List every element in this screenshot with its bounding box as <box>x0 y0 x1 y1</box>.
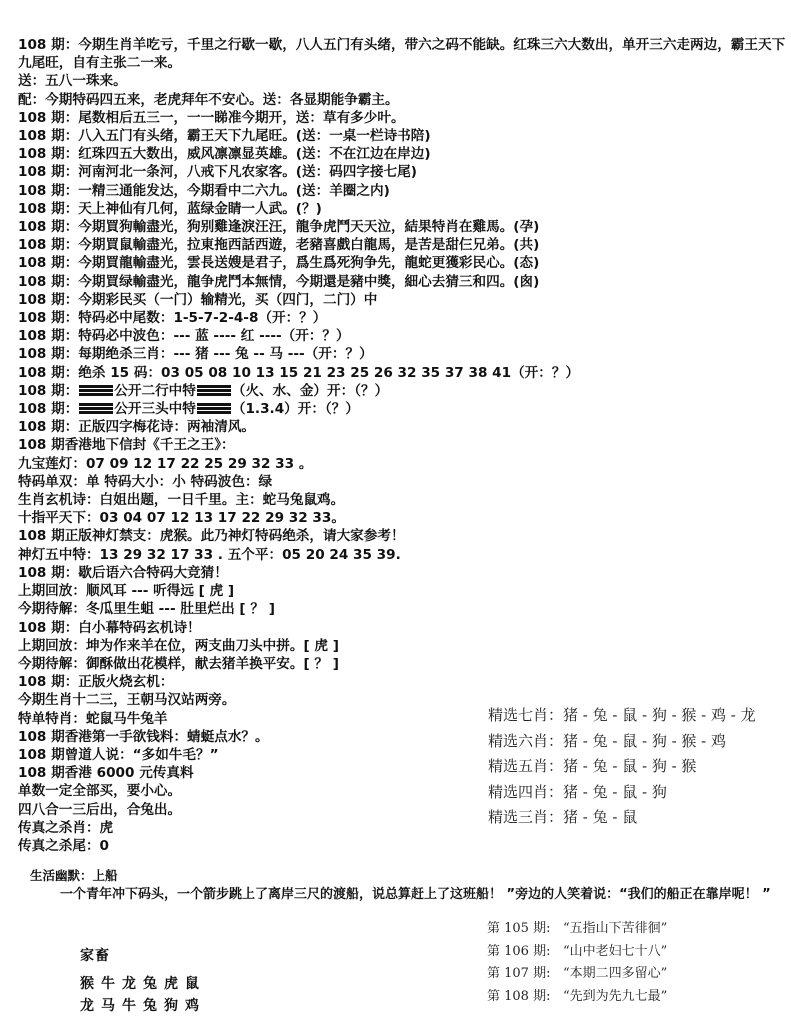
text-line: 108 期：尾数相后五三一，一一睇准今期开，送：草有多少叶。 <box>18 109 788 127</box>
history-label: 第 105 期: <box>487 918 563 941</box>
text-line: 108 期：正版四字梅花诗：两袖清风。 <box>18 418 788 436</box>
text-line: 108 期：今期買狗輸盡光，狗别雞逢淚汪汪，龍争虎鬥天天泣，結果特肖在雞馬。(孕… <box>18 218 788 236</box>
history-item: 第 107 期:“本期二四多留心” <box>487 963 667 986</box>
masked-prefix: 108 期： <box>18 401 78 417</box>
history-label: 第 107 期: <box>487 963 563 986</box>
text-line: 今期待解：御酥做出花模样，献去猪羊换平安。[ ？ ] <box>18 655 788 673</box>
history-label: 第 106 期: <box>487 941 563 964</box>
masked-suffix: （1.3.4）开：（？） <box>232 401 359 417</box>
livestock-section: 家畜 猴牛龙兔虎鼠 龙马牛兔狗鸡 <box>80 945 220 1017</box>
history-label: 第 108 期: <box>487 986 563 1009</box>
masked-line: 108 期：公开三头中特（1.3.4）开：（？） <box>18 400 788 418</box>
pick-line: 精选四肖：猪 - 兔 - 鼠 - 狗 <box>488 780 756 806</box>
text-line: 108 期：红珠四五大数出，威风凛凛显英雄。(送：不在江边在岸边) <box>18 145 788 163</box>
text-line: 108 期：河南河北一条河，八戒下凡农家客。(送：码四字接七尾) <box>18 163 788 181</box>
text-line: 108 期：歇后语六合特码大竞猜！ <box>18 564 788 582</box>
text-line: 108 期正版神灯禁支：虎猴。此乃神灯特码绝杀，请大家参考！ <box>18 527 788 545</box>
text-line: 108 期：今期彩民买（一门）输精光，买（四门，二门）中 <box>18 291 788 309</box>
livestock-title: 家畜 <box>80 945 220 965</box>
text-line: 特码单双：单 特码大小：小 特码波色：绿 <box>18 473 788 491</box>
pick-line: 精选三肖：猪 - 兔 - 鼠 <box>488 805 756 831</box>
history-value: “本期二四多留心” <box>563 966 667 981</box>
history-item: 第 105 期:“五指山下苦徘徊” <box>487 918 667 941</box>
text-line: 108 期：天上神仙有几何，蓝绿金睛一人武。(？) <box>18 200 788 218</box>
text-line: 配：今期特码四五来，老虎拜年不安心。送：各显期能争霸主。 <box>18 91 788 109</box>
text-line: 108 期：一精三通能发达，今期看中二六九。(送：羊圈之内) <box>18 182 788 200</box>
humor-body: 一个青年冲下码头，一个箭步跳上了离岸三尺的渡船，说总算赶上了这班船！ ”旁边的人… <box>30 885 790 905</box>
text-line: 九宝莲灯：07 09 12 17 22 25 29 32 33 。 <box>18 455 788 473</box>
redaction-block-icon <box>197 385 231 396</box>
masked-prefix: 108 期： <box>18 383 78 399</box>
text-line: 生肖玄机诗：白姐出题，一日千里。主：蛇马兔鼠鸡。 <box>18 491 788 509</box>
text-line: 108 期：今期買龍輸盡光，雲長送嫂是君子，爲生爲死狗争先，龍蛇更獲彩民心。(态… <box>18 254 788 272</box>
masked-line: 108 期：公开二行中特（火、水、金）开：（？） <box>18 382 788 400</box>
history-list: 第 105 期:“五指山下苦徘徊” 第 106 期:“山中老妇七十八” 第 10… <box>487 918 667 1008</box>
text-line: 108 期：每期绝杀三肖：--- 猪 --- 兔 -- 马 ---（开：？） <box>18 345 788 363</box>
text-line: 上期回放：坤为作来羊在位，两支曲刀头中拼。[ 虎 ] <box>18 637 788 655</box>
history-value: “先到为先九七最” <box>563 989 667 1004</box>
text-line: 传真之杀尾：0 <box>18 837 788 855</box>
pick-line: 精选六肖：猪 - 兔 - 鼠 - 狗 - 猴 - 鸡 <box>488 729 756 755</box>
text-line: 108 期：特码必中波色：--- 蓝 ---- 红 ----（开：？） <box>18 327 788 345</box>
text-line: 108 期：白小幕特码玄机诗！ <box>18 619 788 637</box>
redaction-block-icon <box>79 385 113 396</box>
text-line: 今期待解：冬瓜里生蛆 --- 肚里烂出 [ ？ ] <box>18 600 788 618</box>
text-line: 送：五八一珠来。 <box>18 72 788 90</box>
redaction-block-icon <box>79 403 113 414</box>
livestock-row: 猴牛龙兔虎鼠 <box>80 973 220 995</box>
text-line: 108 期：正版火烧玄机： <box>18 673 788 691</box>
text-line: 上期回放：顺风耳 --- 听得远 [ 虎 ] <box>18 582 788 600</box>
redaction-block-icon <box>197 403 231 414</box>
text-line: 108 期香港地下信封《千王之王》： <box>18 436 788 454</box>
history-value: “五指山下苦徘徊” <box>563 921 667 936</box>
history-item: 第 106 期:“山中老妇七十八” <box>487 941 667 964</box>
text-line: 十指平天下：03 04 07 12 13 17 22 29 32 33。 <box>18 509 788 527</box>
text-line: 108 期：绝杀 15 码：03 05 08 10 13 15 21 23 25… <box>18 364 788 382</box>
humor-title: 生活幽默：上船 <box>30 866 118 884</box>
masked-suffix: （火、水、金）开：（？） <box>232 383 388 399</box>
masked-middle: 公开二行中特 <box>114 383 196 399</box>
text-line: 神灯五中特：13 29 32 17 33 . 五个平：05 20 24 35 3… <box>18 546 788 564</box>
poem-line: 108 期：今期生肖羊吃亏，千里之行歇一歇，八人五门有头绪，带六之码不能缺。红珠… <box>18 36 788 72</box>
pick-line: 精选五肖：猪 - 兔 - 鼠 - 狗 - 猴 <box>488 754 756 780</box>
text-line: 108 期：今期買绿輸盡光，龍争虎鬥本無情，今期還是豬中獎，細心去猜三和四。(囪… <box>18 273 788 291</box>
text-line: 108 期：特码必中尾数：1-5-7-2-4-8（开：？） <box>18 309 788 327</box>
masked-middle: 公开三头中特 <box>114 401 196 417</box>
text-line: 108 期：八入五门有头绪，霸王天下九尾旺。(送：一桌一栏诗书陪) <box>18 127 788 145</box>
history-item: 第 108 期:“先到为先九七最” <box>487 986 667 1009</box>
pick-line: 精选七肖：猪 - 兔 - 鼠 - 狗 - 猴 - 鸡 - 龙 <box>488 703 756 729</box>
selected-zodiac-picks: 精选七肖：猪 - 兔 - 鼠 - 狗 - 猴 - 鸡 - 龙 精选六肖：猪 - … <box>488 703 756 831</box>
text-line: 108 期：今期買鼠輸盡光，拉東拖西話西遊，老豬喜戲白龍馬，是苦是甜仨兄弟。(共… <box>18 236 788 254</box>
livestock-row: 龙马牛兔狗鸡 <box>80 995 220 1017</box>
history-value: “山中老妇七十八” <box>563 944 667 959</box>
